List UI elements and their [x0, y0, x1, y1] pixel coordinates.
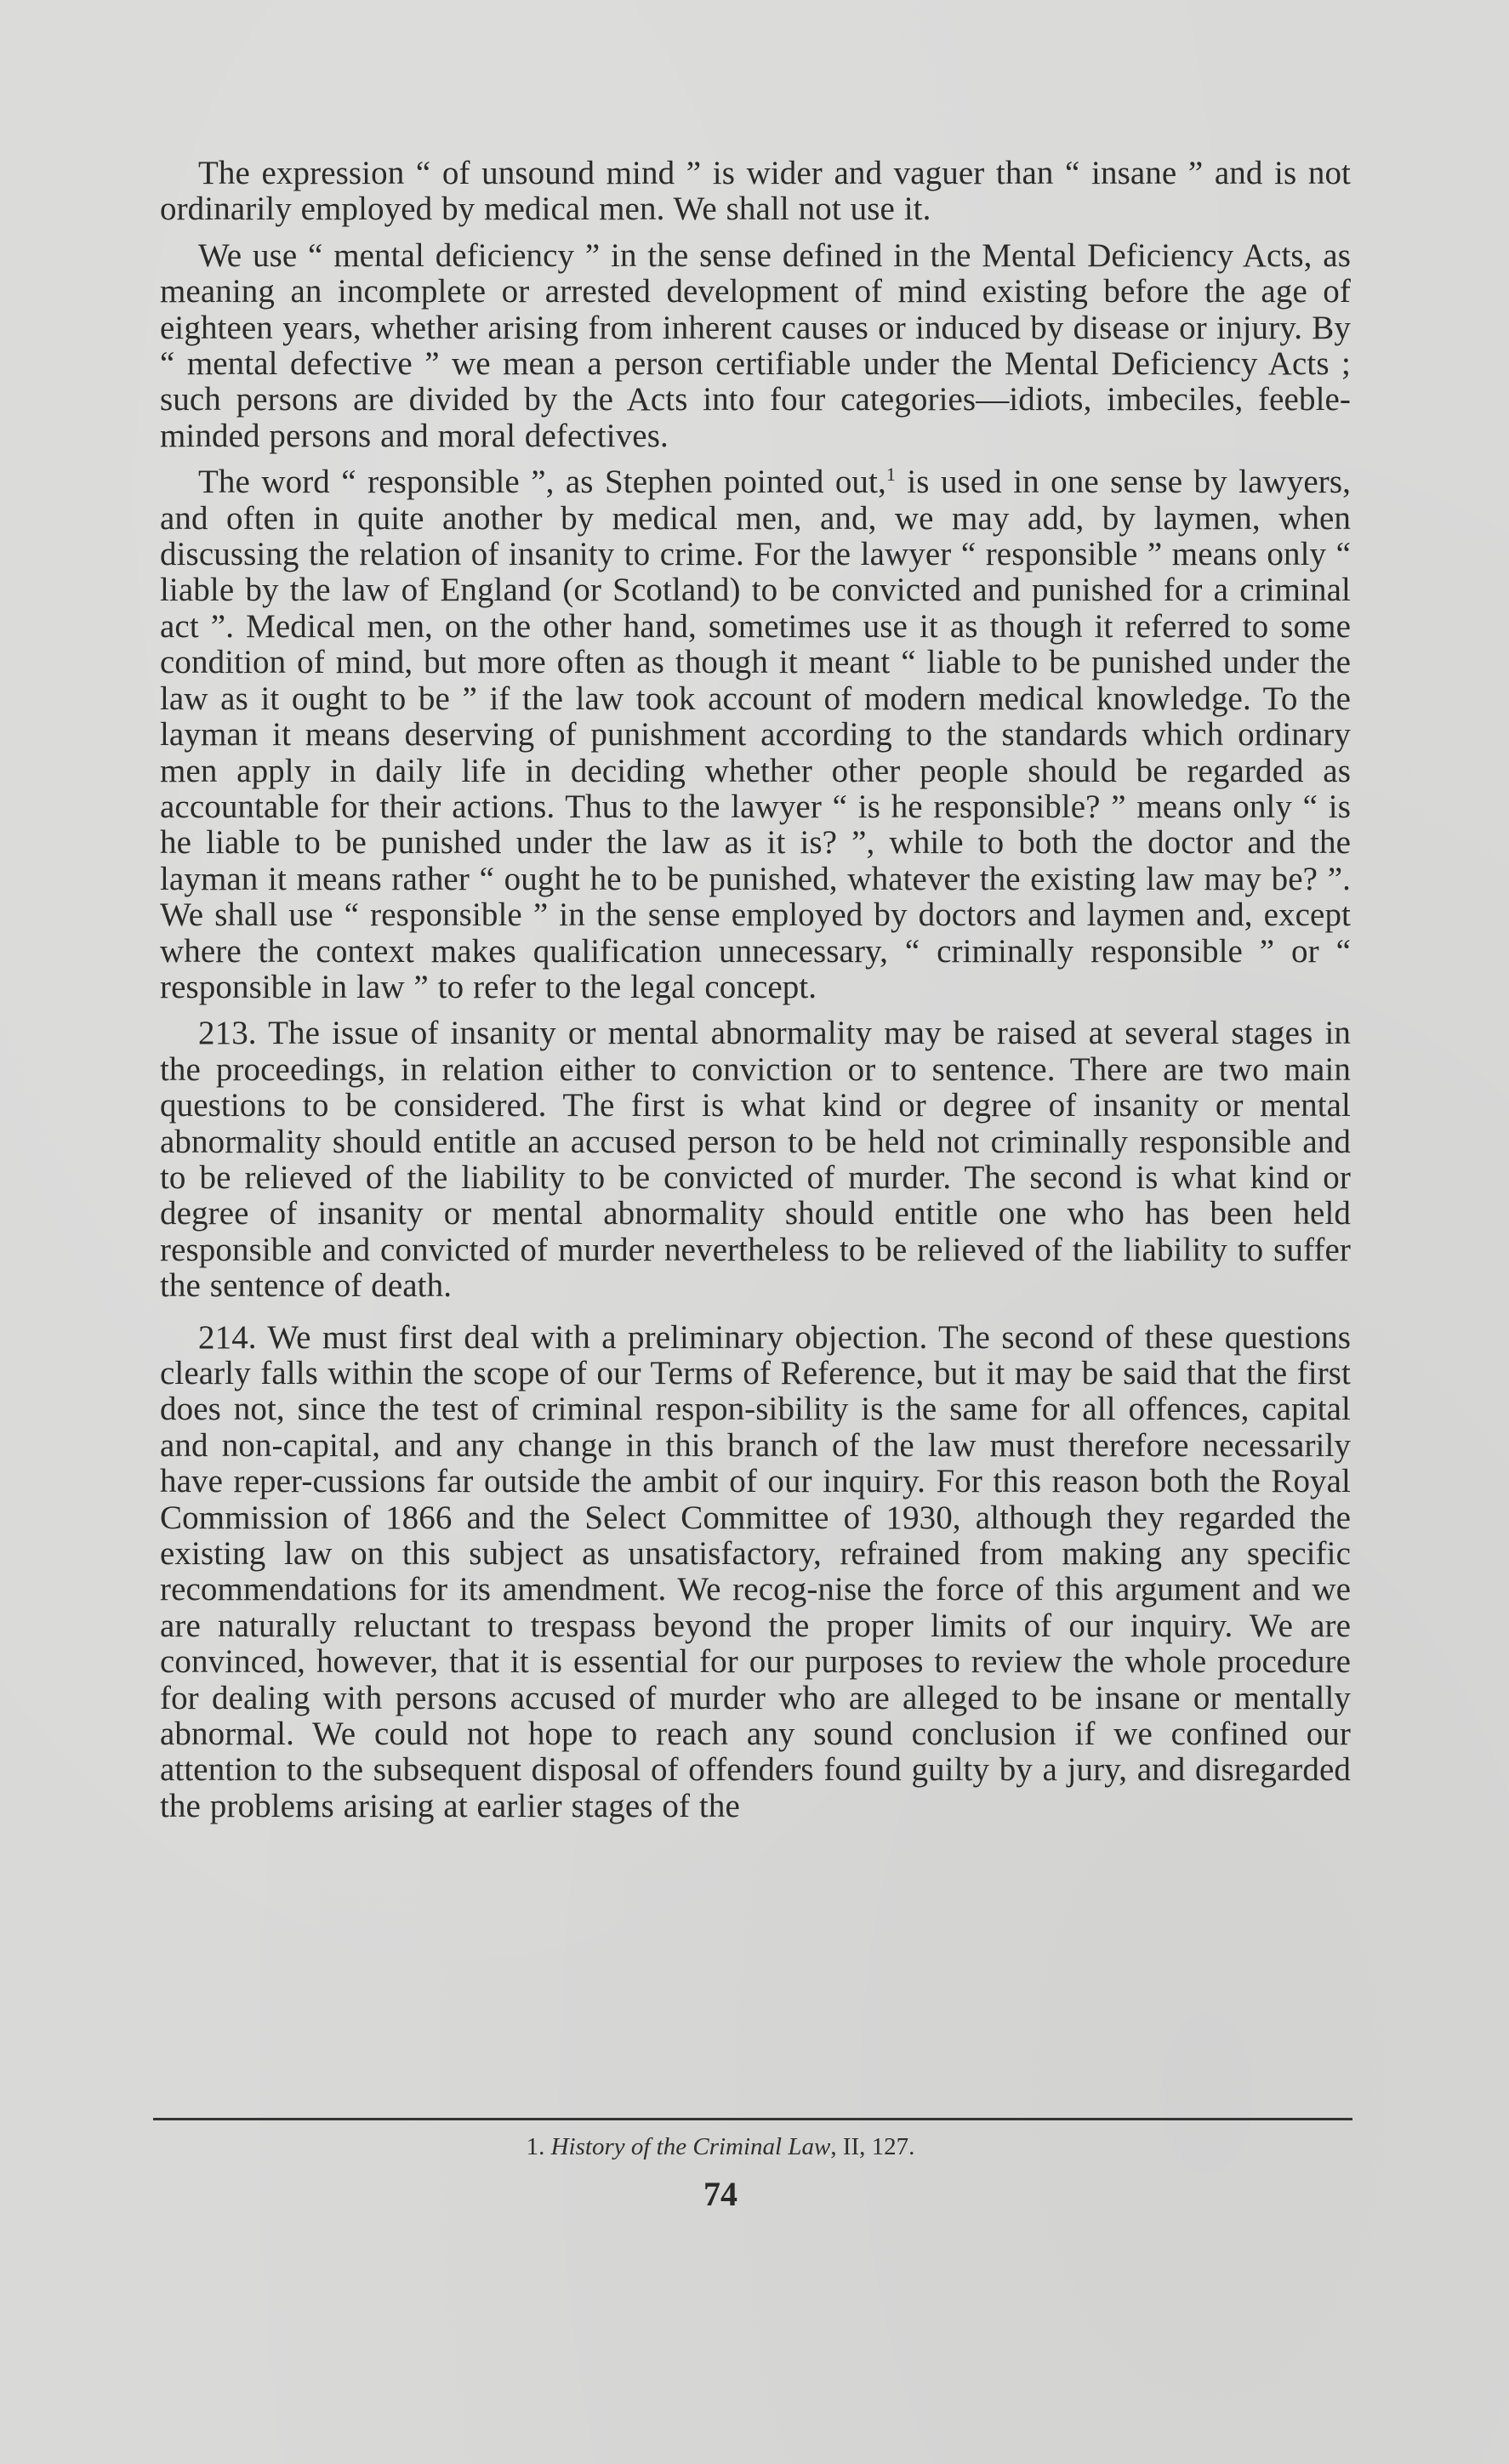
- footnote-marker: 1.: [527, 2133, 545, 2160]
- footnote-title: History of the Criminal Law: [551, 2133, 831, 2160]
- footnote-divider: [153, 2118, 1352, 2120]
- paragraph-text: We must first deal with a preliminary ob…: [160, 1319, 1351, 1824]
- paragraph-text-continued: is used in one sense by lawyers, and oft…: [160, 464, 1351, 1005]
- paragraph-unsound-mind: The expression “ of unsound mind ” is wi…: [160, 156, 1351, 228]
- paragraph-text: The word “ responsible ”, as Stephen poi…: [198, 464, 886, 500]
- paragraph-213: 213. The issue of insanity or mental abn…: [160, 1016, 1351, 1304]
- footnote: 1. History of the Criminal Law, II, 127.: [0, 2132, 1509, 2161]
- paragraph-number: 214.: [198, 1319, 257, 1356]
- document-page: The expression “ of unsound mind ” is wi…: [0, 0, 1509, 2464]
- footnote-citation: , II, 127.: [830, 2133, 914, 2160]
- body-text: The expression “ of unsound mind ” is wi…: [160, 156, 1351, 1824]
- paragraph-mental-deficiency: We use “ mental deficiency ” in the sens…: [160, 238, 1351, 454]
- page-number: 74: [0, 2174, 1509, 2214]
- footnote-reference[interactable]: 1: [886, 464, 896, 485]
- paragraph-responsible: The word “ responsible ”, as Stephen poi…: [160, 464, 1351, 1005]
- paragraph-text: The expression “ of unsound mind ” is wi…: [160, 155, 1351, 227]
- paragraph-text: The issue of insanity or mental abnormal…: [160, 1015, 1351, 1304]
- paragraph-number: 213.: [198, 1015, 257, 1051]
- paragraph-214: 214. We must first deal with a prelimina…: [160, 1320, 1351, 1825]
- paragraph-text: We use “ mental deficiency ” in the sens…: [160, 237, 1351, 454]
